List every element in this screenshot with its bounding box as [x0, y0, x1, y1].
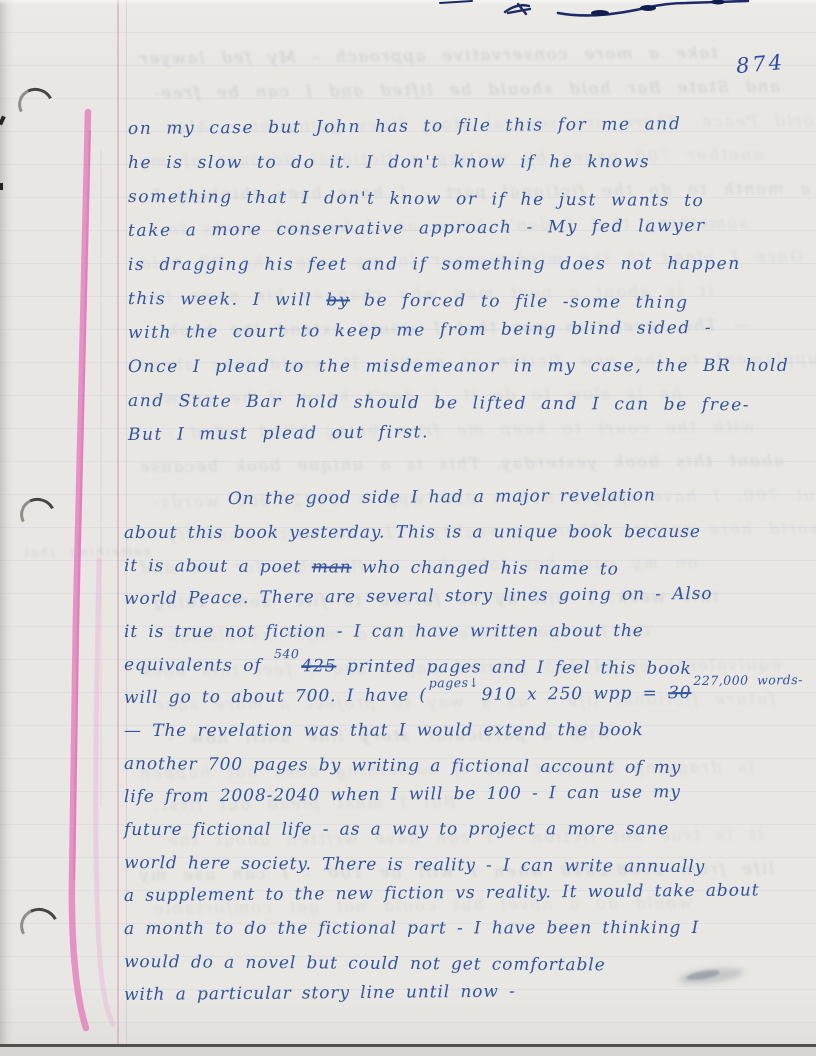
text-segment: will go to about 700. I have ( [124, 685, 427, 708]
inserted-correction: 540 [274, 646, 299, 661]
text-segment: life from 2008-2040 when I will be 100 -… [124, 782, 681, 807]
handwritten-line: will go to about 700. I have (pages↓910 … [124, 676, 805, 715]
paragraph-1: on my case but John has to file this for… [128, 112, 789, 452]
handwritten-line: he is slow to do it. I don't know if he … [128, 145, 789, 180]
text-segment: with the court to keep me from being bli… [128, 318, 712, 343]
text-segment: — The revelation was that I would extend… [124, 720, 644, 741]
handwritten-line: future fictional life - as a way to proj… [124, 813, 805, 847]
text-segment: and State Bar hold should be lifted and … [128, 391, 750, 415]
handwritten-line: life from 2008-2040 when I will be 100 -… [124, 775, 805, 814]
text-segment: is dragging his feet and if something do… [128, 254, 741, 275]
text-segment: printed pages and I feel this book [336, 656, 691, 678]
handwritten-line: a month to do the fictional part - I hav… [124, 912, 805, 946]
page-number: 874 [735, 50, 786, 78]
text-segment: On the good side I had a major revelatio… [228, 485, 656, 509]
bleedthrough-line: about this book yesterday. This is a uni… [138, 451, 784, 477]
paragraph-2: On the good side I had a major revelatio… [124, 484, 805, 1012]
handwritten-line: it is true not fiction - I can have writ… [124, 615, 805, 649]
handwritten-line: world Peace. There are several story lin… [124, 577, 805, 616]
text-segment: would do a novel but could not get comfo… [124, 952, 606, 975]
scan-left-edge [0, 0, 14, 1056]
text-segment: But I must plead out first. [128, 422, 429, 445]
scan-bottom-strip [0, 1047, 816, 1056]
handwritten-line: about this book yesterday. This is a uni… [124, 516, 805, 550]
hole-punch [14, 83, 59, 126]
text-segment: who changed his name to [352, 558, 619, 580]
text-segment: it is true not fiction - I can have writ… [124, 621, 644, 642]
text-segment: about this book yesterday. This is a uni… [124, 522, 701, 543]
text-segment: Once I plead to the misdemeanor in my ca… [128, 356, 789, 377]
struck-text: by [326, 290, 350, 310]
text-segment: a month to do the fictional part - I hav… [124, 918, 699, 939]
hole-punch [16, 493, 61, 536]
text-segment: he is slow to do it. I don't know if he … [128, 152, 650, 173]
handwritten-line: But I must plead out first. [128, 412, 790, 452]
text-segment: it is about a poet [124, 556, 312, 577]
hole-punch [15, 903, 64, 950]
text-segment: take a more conservative approach - My f… [128, 216, 706, 241]
bleedthrough-line: and State Bar hold should be lifted and … [152, 77, 780, 103]
handwritten-line: on my case but John has to file this for… [128, 106, 790, 146]
text-segment: something that I don't know or if he jus… [128, 187, 705, 211]
inserted-correction: pages↓ [429, 675, 480, 690]
handwritten-line: is dragging his feet and if something do… [128, 247, 789, 282]
scanned-page: take a more conservative approach - My f… [0, 0, 816, 1056]
stray-ink-marks [0, 0, 816, 40]
scan-top-edge [0, 0, 816, 5]
handwritten-line: with the court to keep me from being bli… [128, 310, 790, 350]
text-segment: a supplement to the new fiction vs reali… [124, 880, 760, 906]
handwritten-line: — The revelation was that I would extend… [124, 714, 805, 748]
handwritten-line: On the good side I had a major revelatio… [124, 478, 805, 517]
text-segment: be forced to file -some thing [350, 291, 689, 313]
text-segment: world here society. There is reality - I… [124, 853, 705, 877]
text-segment: this week. I will [128, 289, 326, 310]
margin-rule-echo [100, 150, 102, 806]
margin-rule-line [117, 0, 119, 1046]
struck-text: man [312, 557, 352, 577]
text-segment: on my case but John has to file this for… [128, 114, 682, 139]
text-segment: future fictional life - as a way to proj… [124, 819, 669, 840]
text-segment: with a particular story line until now - [124, 982, 516, 1005]
handwritten-line: a supplement to the new fiction vs reali… [124, 874, 805, 913]
text-segment: another 700 pages by writing a fictional… [124, 754, 681, 778]
scan-artifact [0, 183, 3, 190]
struck-text: 30 [668, 683, 692, 703]
text-segment: equivalents of [124, 655, 272, 676]
text-segment: 910 x 250 wpp = [482, 683, 669, 705]
handwritten-line: Once I plead to the misdemeanor in my ca… [128, 349, 789, 384]
text-segment: world Peace. There are several story lin… [124, 584, 713, 609]
handwritten-line: take a more conservative approach - My f… [128, 208, 790, 248]
struck-text: 425 [301, 656, 336, 676]
inserted-correction: 227,000 words- [693, 672, 803, 688]
bleedthrough-line: take a more conservative approach - My f… [138, 43, 717, 68]
